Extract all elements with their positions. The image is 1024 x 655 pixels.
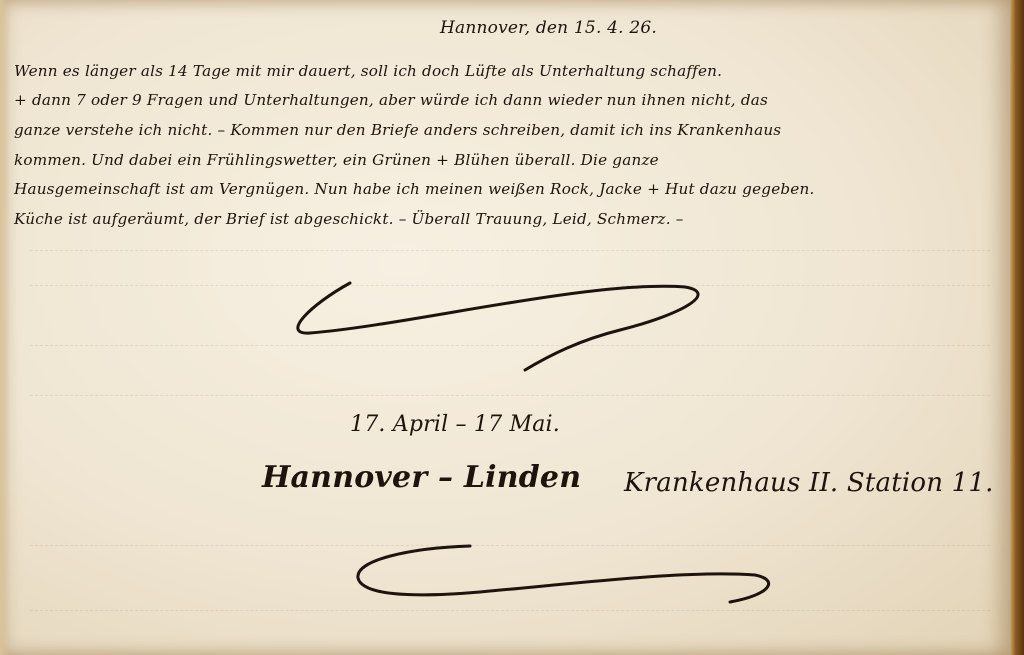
bleed-through-line <box>30 610 990 612</box>
handwritten-line: Hausgemeinschaft ist am Vergnügen. Nun h… <box>14 180 815 198</box>
book-edge <box>1010 0 1024 655</box>
bleed-through-line <box>30 250 990 252</box>
handwritten-line: ganze verstehe ich nicht. – Kommen nur d… <box>14 121 781 139</box>
diary-page: Hannover, den 15. 4. 26. Wenn es länger … <box>0 0 1012 655</box>
flourish-divider-bottom <box>350 540 780 610</box>
entry-date-heading: Hannover, den 15. 4. 26. <box>440 18 657 38</box>
hospital-station: Krankenhaus II. Station 11. <box>624 468 994 498</box>
bleed-through-line <box>30 395 990 397</box>
handwritten-line: + dann 7 oder 9 Fragen und Unterhaltunge… <box>14 91 768 109</box>
handwritten-line: kommen. Und dabei ein Frühlingswetter, e… <box>14 151 659 169</box>
flourish-divider-top <box>290 275 710 375</box>
page-binding-shadow <box>0 0 10 655</box>
handwritten-line: Küche ist aufgeräumt, der Brief ist abge… <box>14 210 684 228</box>
handwritten-line: Wenn es länger als 14 Tage mit mir dauer… <box>14 62 722 80</box>
place-name: Hannover – Linden <box>262 460 581 495</box>
date-range: 17. April – 17 Mai. <box>350 412 560 437</box>
